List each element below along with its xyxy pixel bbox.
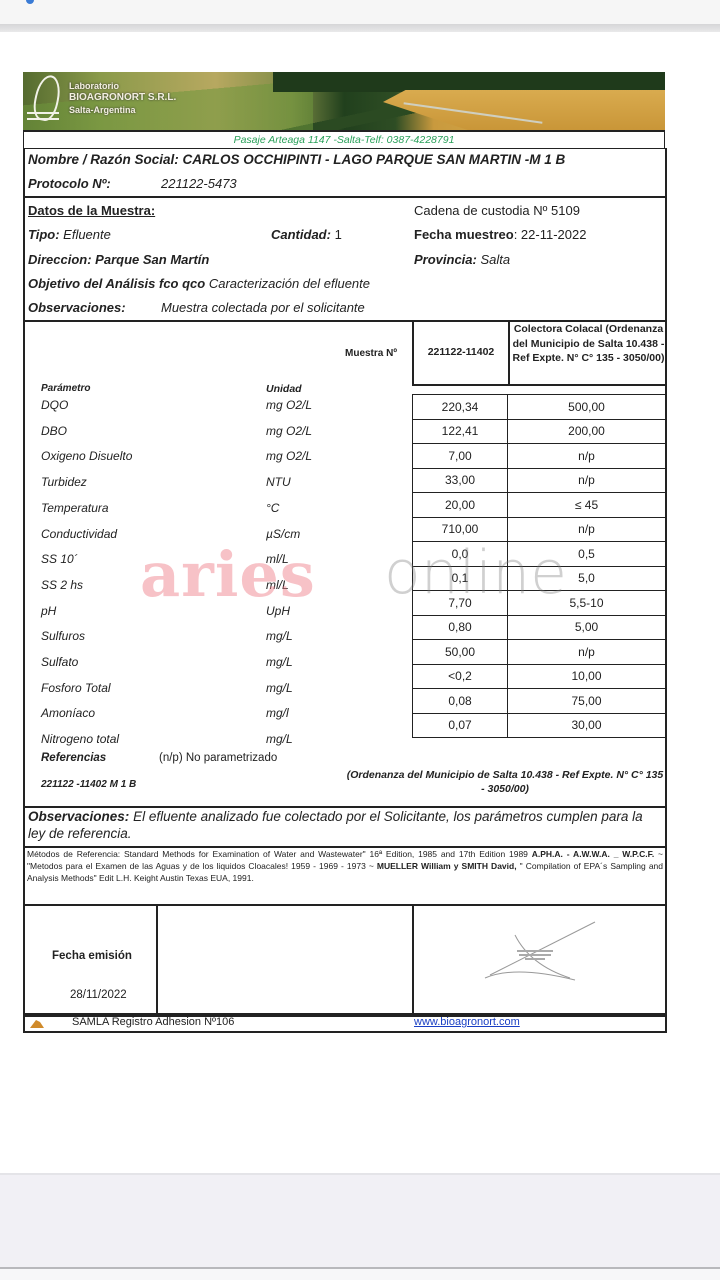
signature-box: Fecha emisión 28/11/2022: [23, 904, 667, 1017]
param-unit: mg/L: [266, 732, 293, 746]
table-row: 0,0730,00: [413, 713, 666, 738]
param-unit: °C: [266, 501, 279, 515]
methods-text: Métodos de Referencia: Standard Methods …: [27, 848, 663, 884]
param-unit: mg/L: [266, 681, 293, 695]
bottom-toolbar: [0, 1173, 720, 1269]
client-box: Nombre / Razón Social: CARLOS OCCHIPINTI…: [23, 148, 667, 198]
limit-value: ≤ 45: [508, 493, 666, 518]
param-name: pH: [41, 604, 56, 618]
param-name: Sulfuros: [41, 629, 85, 643]
conclusion-box: Observaciones: El efluente analizado fue…: [23, 806, 667, 848]
table-row: 20,00≤ 45: [413, 493, 666, 518]
sample-quantity: Cantidad: 1: [271, 227, 342, 242]
results-header: 221122-11402 Colectora Colacal (Ordenanz…: [412, 320, 667, 386]
report-footer: SAMLA Registro Adhesion Nº106 www.bioagr…: [23, 1013, 667, 1033]
chain-custody: Cadena de custodia Nº 5109: [414, 203, 580, 218]
result-value: 0,07: [413, 713, 508, 738]
sample-section-title: Datos de la Muestra:: [28, 203, 155, 218]
reference-header: Colectora Colacal (Ordenanza del Municip…: [511, 322, 666, 382]
lab-name: BIOAGRONORT S.R.L.: [69, 92, 176, 104]
col-param-header: Parámetro: [41, 383, 90, 394]
lab-line1: Laboratorio: [69, 80, 176, 92]
website-link[interactable]: www.bioagronort.com: [414, 1016, 520, 1028]
result-value: 122,41: [413, 419, 508, 444]
param-name: Amoníaco: [41, 706, 95, 720]
table-row: <0,210,00: [413, 664, 666, 689]
result-value: 20,00: [413, 493, 508, 518]
param-unit: mg/L: [266, 655, 293, 669]
protocol: Protocolo Nº: 221122-5473: [28, 176, 111, 191]
sample-id: 221122 -11402 M 1 B: [41, 779, 136, 790]
sample-province: Provincia: Salta: [414, 252, 510, 267]
limit-value: 30,00: [508, 713, 666, 738]
param-name: SS 2 hs: [41, 578, 83, 592]
methods-box: Métodos de Referencia: Standard Methods …: [23, 846, 667, 906]
param-name: Turbidez: [41, 475, 87, 489]
emission-label: Fecha emisión: [52, 950, 132, 962]
limit-value: 75,00: [508, 689, 666, 714]
limit-value: n/p: [508, 468, 666, 493]
table-row: 0,805,00: [413, 615, 666, 640]
table-row: 7,00n/p: [413, 444, 666, 469]
sample-address: Direccion: Parque San Martín: [28, 252, 209, 267]
table-row: 220,34500,00: [413, 395, 666, 420]
table-row: 33,00n/p: [413, 468, 666, 493]
lab-banner: Laboratorio BIOAGRONORT S.R.L. Salta-Arg…: [23, 72, 665, 130]
limit-value: n/p: [508, 640, 666, 665]
param-unit: NTU: [266, 475, 291, 489]
limit-value: 200,00: [508, 419, 666, 444]
table-row: 0,0875,00: [413, 689, 666, 714]
param-name: DQO: [41, 398, 68, 412]
param-unit: mg/l: [266, 706, 289, 720]
sample-observations: Observaciones:Muestra colectada por el s…: [28, 300, 126, 315]
result-value: 0,08: [413, 689, 508, 714]
param-name: Nitrogeno total: [41, 732, 119, 746]
param-unit: mg O2/L: [266, 424, 312, 438]
watermark-bold: aries: [140, 538, 316, 611]
status-bar: [0, 0, 720, 24]
param-name: Sulfato: [41, 655, 78, 669]
client-name: Nombre / Razón Social: CARLOS OCCHIPINTI…: [28, 152, 565, 167]
lab-address: Pasaje Arteaga 1147 -Salta-Telf: 0387-42…: [23, 130, 665, 149]
param-name: Fosforo Total: [41, 681, 111, 695]
table-row: 122,41200,00: [413, 419, 666, 444]
lab-logo-text: Laboratorio BIOAGRONORT S.R.L. Salta-Arg…: [69, 80, 176, 116]
sample-number-label: Muestra Nº: [345, 348, 397, 359]
references-label: Referencias: [41, 752, 106, 764]
limit-value: n/p: [508, 444, 666, 469]
wave-logo-icon: [27, 112, 59, 120]
table-row: 50,00n/p: [413, 640, 666, 665]
status-dot-icon: [26, 0, 34, 4]
limit-value: 10,00: [508, 664, 666, 689]
emission-date: 28/11/2022: [70, 989, 127, 1001]
conclusion: Observaciones: El efluente analizado fue…: [28, 808, 662, 842]
param-name: Oxigeno Disuelto: [41, 449, 132, 463]
lab-location: Salta-Argentina: [69, 104, 176, 116]
references-value: (n/p) No parametrizado: [159, 752, 277, 764]
samla-registry: SAMLA Registro Adhesion Nº106: [72, 1016, 234, 1028]
limit-value: 500,00: [508, 395, 666, 420]
param-unit: mg/L: [266, 629, 293, 643]
signature-icon: [475, 920, 605, 982]
watermark-light: online: [384, 538, 567, 608]
results-box: Muestra Nº 221122-11402 Colectora Colaca…: [23, 320, 667, 808]
limit-value: 5,00: [508, 615, 666, 640]
toolbar-divider: [0, 24, 720, 32]
sample-type: Tipo: Efluente: [28, 227, 111, 242]
param-name: Conductividad: [41, 527, 117, 541]
param-name: SS 10´: [41, 552, 78, 566]
samla-logo-icon: [29, 1017, 45, 1029]
col-unit-header: Unidad: [266, 383, 302, 395]
result-value: 0,80: [413, 615, 508, 640]
sample-box: Datos de la Muestra: Cadena de custodia …: [23, 196, 667, 322]
result-value: 50,00: [413, 640, 508, 665]
result-value: 220,34: [413, 395, 508, 420]
result-value: 33,00: [413, 468, 508, 493]
sample-date: Fecha muestreo: 22-11-2022: [414, 227, 586, 242]
analysis-objective: Objetivo del Análisis fco qco Caracteriz…: [28, 276, 370, 291]
result-value: <0,2: [413, 664, 508, 689]
result-value: 7,00: [413, 444, 508, 469]
param-name: Temperatura: [41, 501, 109, 515]
param-name: DBO: [41, 424, 67, 438]
sample-number: 221122-11402: [414, 320, 510, 384]
param-unit: mg O2/L: [266, 398, 312, 412]
home-indicator-area: [0, 1269, 720, 1280]
param-unit: mg O2/L: [266, 449, 312, 463]
ordinance-note: (Ordenanza del Municipio de Salta 10.438…: [345, 768, 665, 796]
